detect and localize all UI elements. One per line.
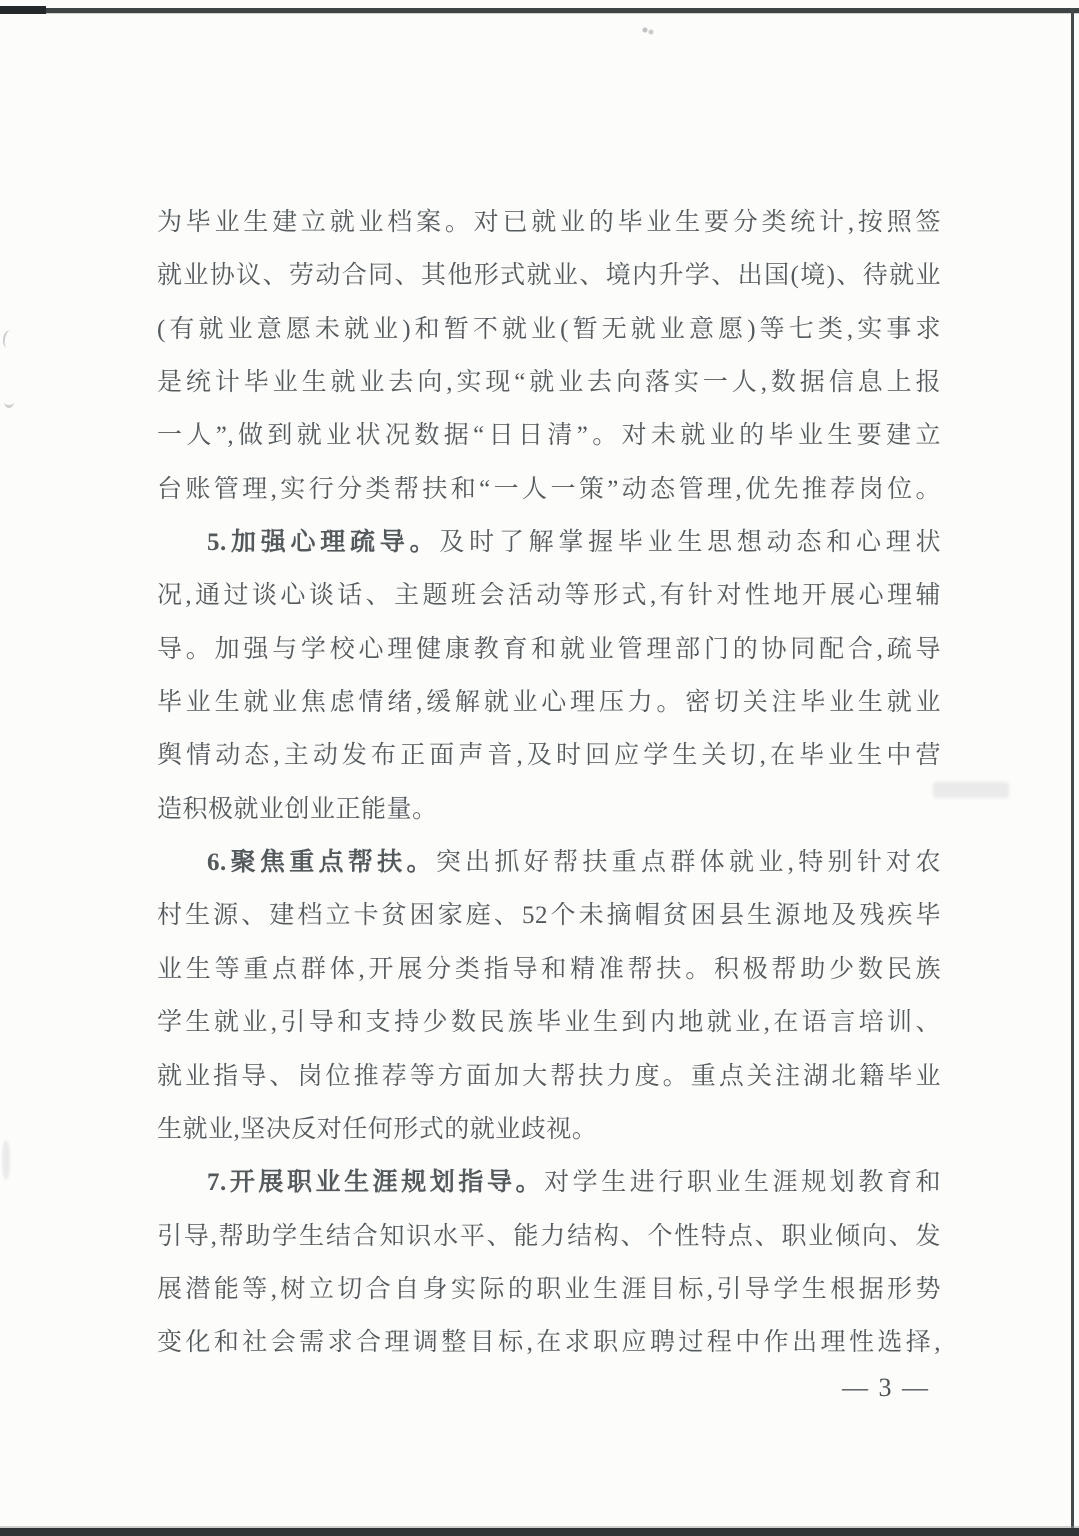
text-line: 6.聚焦重点帮扶。突出抓好帮扶重点群体就业,特别针对农 xyxy=(157,836,941,889)
document-page: 为毕业生建立就业档案。对已就业的毕业生要分类统计,按照签就业协议、劳动合同、其他… xyxy=(0,0,1079,1536)
text-line: 引导,帮助学生结合知识水平、能力结构、个性特点、职业倾向、发 xyxy=(157,1210,941,1263)
text-line: 展潜能等,树立切合自身实际的职业生涯目标,引导学生根据形势 xyxy=(157,1263,941,1316)
text-line: 造积极就业创业正能量。 xyxy=(157,783,941,836)
scan-artifact-top-speck xyxy=(642,26,654,36)
scan-artifact-bleedthrough xyxy=(933,782,1009,798)
scan-border-top xyxy=(0,8,1079,13)
text-line: 就业协议、劳动合同、其他形式就业、境内升学、出国(境)、待就业 xyxy=(157,249,941,302)
scan-artifact-left-mark-2 xyxy=(4,396,14,408)
text-line: 为毕业生建立就业档案。对已就业的毕业生要分类统计,按照签 xyxy=(157,196,941,249)
scan-border-top-cap xyxy=(0,6,46,14)
text-line: 导。加强与学校心理健康教育和就业管理部门的协同配合,疏导 xyxy=(157,623,941,676)
paragraph-lead: 5.加强心理疏导。 xyxy=(207,529,439,556)
document-body: 为毕业生建立就业档案。对已就业的毕业生要分类统计,按照签就业协议、劳动合同、其他… xyxy=(157,196,941,1370)
text-line: 生就业,坚决反对任何形式的就业歧视。 xyxy=(157,1103,941,1156)
paragraph-lead: 7.开展职业生涯规划指导。 xyxy=(207,1169,544,1196)
text-line: 是统计毕业生就业去向,实现“就业去向落实一人,数据信息上报 xyxy=(157,356,941,409)
scan-border-right xyxy=(1071,8,1074,1530)
scan-artifact-left-mark-1 xyxy=(1,329,16,349)
text-line: 舆情动态,主动发布正面声音,及时回应学生关切,在毕业生中营 xyxy=(157,729,941,782)
text-line: 5.加强心理疏导。及时了解掌握毕业生思想动态和心理状 xyxy=(157,516,941,569)
text-line: (有就业意愿未就业)和暂不就业(暂无就业意愿)等七类,实事求 xyxy=(157,303,941,356)
text-line: 一人”,做到就业状况数据“日日清”。对未就业的毕业生要建立 xyxy=(157,409,941,462)
paragraph-lead: 6.聚焦重点帮扶。 xyxy=(207,849,436,876)
text-line: 况,通过谈心谈话、主题班会活动等形式,有针对性地开展心理辅 xyxy=(157,569,941,622)
page-number: — 3 — xyxy=(826,1372,946,1404)
scan-border-bottom xyxy=(0,1528,1079,1536)
text-line: 就业指导、岗位推荐等方面加大帮扶力度。重点关注湖北籍毕业 xyxy=(157,1050,941,1103)
scan-artifact-left-smudge xyxy=(2,1140,10,1180)
text-line: 毕业生就业焦虑情绪,缓解就业心理压力。密切关注毕业生就业 xyxy=(157,676,941,729)
text-line: 业生等重点群体,开展分类指导和精准帮扶。积极帮助少数民族 xyxy=(157,943,941,996)
text-line: 台账管理,实行分类帮扶和“一人一策”动态管理,优先推荐岗位。 xyxy=(157,463,941,516)
text-line: 村生源、建档立卡贫困家庭、52个未摘帽贫困县生源地及残疾毕 xyxy=(157,889,941,942)
text-line: 学生就业,引导和支持少数民族毕业生到内地就业,在语言培训、 xyxy=(157,996,941,1049)
text-line: 7.开展职业生涯规划指导。对学生进行职业生涯规划教育和 xyxy=(157,1156,941,1209)
text-line: 变化和社会需求合理调整目标,在求职应聘过程中作出理性选择, xyxy=(157,1316,941,1369)
